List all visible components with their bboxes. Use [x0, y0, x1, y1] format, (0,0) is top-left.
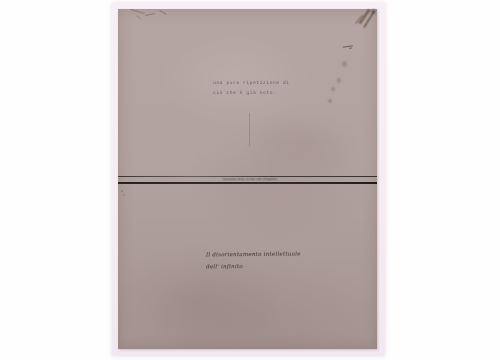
edge-speck [120, 189, 126, 197]
ink-squiggle-mark [343, 45, 354, 51]
divider-rule-lower [118, 182, 377, 184]
typed-caption: una pura ripetizione di ciò che è già no… [213, 79, 290, 98]
scratch-mark [130, 9, 145, 14]
photo-background: una pura ripetizione di ciò che è già no… [112, 3, 385, 356]
handwritten-caption-line2: dell' infinito [206, 261, 301, 273]
stain-spot [328, 99, 332, 103]
stain-spot [331, 87, 335, 91]
stain-spot [342, 61, 347, 67]
paper-sheet: una pura ripetizione di ciò che è già no… [118, 9, 377, 349]
scratch-mark [145, 13, 155, 16]
typed-caption-line2: ciò che è già noto. [213, 89, 290, 99]
handwritten-caption: Il disorientamento intellettuale dell' i… [206, 250, 301, 274]
scratch-mark [159, 10, 167, 15]
paper-crease [249, 113, 250, 146]
corner-stain-blob [370, 8, 377, 15]
handwritten-caption-line1: Il disorientamento intellettuale [206, 250, 301, 262]
scratch-mark [136, 15, 141, 20]
typed-caption-line1: una pura ripetizione di [213, 79, 290, 89]
stain-spot [337, 78, 341, 83]
artwork-photo-canvas: una pura ripetizione di ciò che è già no… [0, 0, 500, 360]
divider-micro-text: microtext strip on the rule (illegible) [214, 177, 286, 181]
